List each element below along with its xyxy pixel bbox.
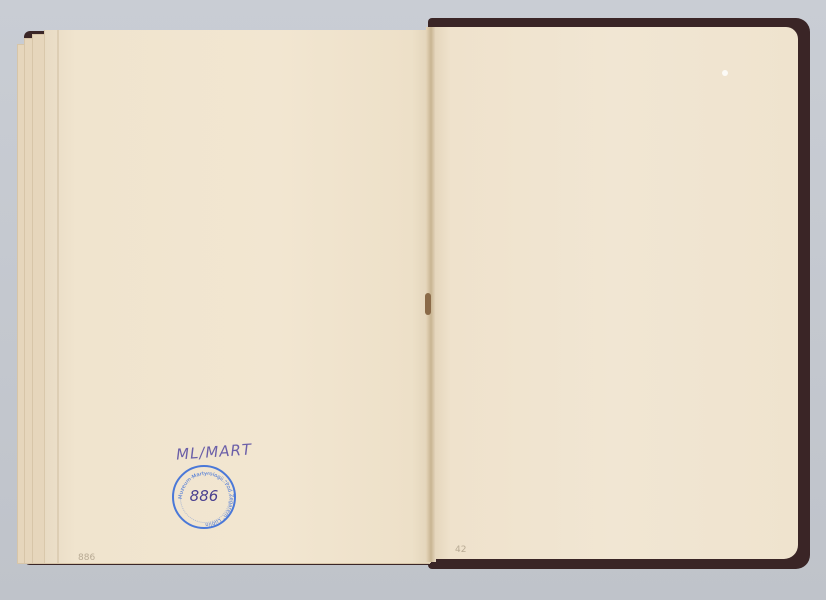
gutter-tear — [425, 293, 431, 315]
pencil-note-left: 886 — [78, 553, 95, 563]
right-page — [432, 27, 798, 559]
paper-spot — [722, 70, 728, 76]
stamp-number: 886 — [174, 487, 234, 505]
pencil-note-right: 42 — [455, 545, 466, 555]
museum-stamp: Muzeum Martyrologii "Pod Zegarem" Lublin… — [172, 465, 236, 529]
